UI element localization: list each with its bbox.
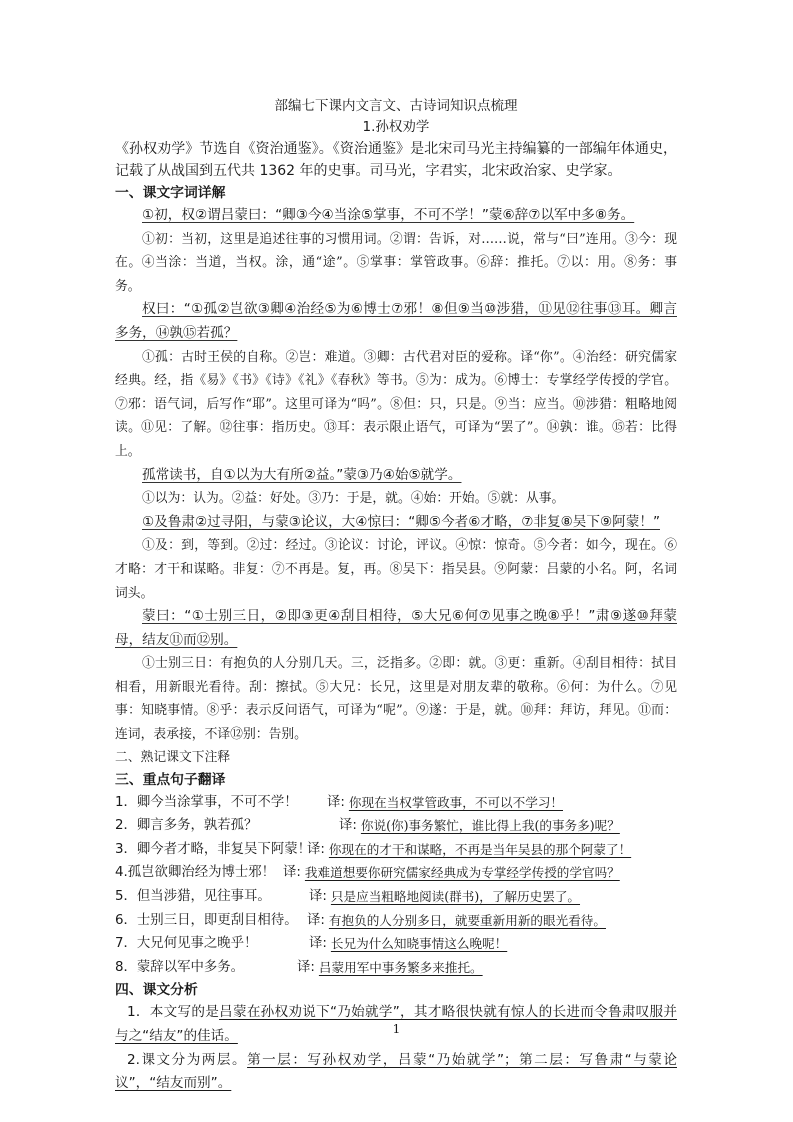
annotation-text: ①士别三日：有抱负的人分别几天。三，泛指多。②即：就。③更：重新。④刮目相待：拭… xyxy=(115,652,677,746)
section-heading-2: 二、熟记课文下注释 xyxy=(115,747,677,769)
source-sentence: 2．卿言多务，孰若孤？ xyxy=(115,814,335,838)
lesson-title: 1.孙权劝学 xyxy=(115,117,677,138)
source-sentence: 3．卿今者才略，非复吴下阿蒙！ xyxy=(115,838,303,862)
word-explanation-block: 孤常读书，自①以为大有所②益。”蒙③乃④始⑤就学。 ①以为：认为。②益：好处。③… xyxy=(115,464,677,511)
translation-answer: 你现在当权掌管政事，不可以不学习！ xyxy=(349,791,563,815)
analysis-prefix: 2.课文分为两层。 xyxy=(127,1052,247,1068)
translation-item: 7．大兄何见事之晚乎！ 译: 长兄为什么知晓事情这么晚呢！ xyxy=(115,932,677,956)
translation-answer: 吕蒙用军中事务繁多来推托。 xyxy=(319,956,483,980)
translation-item: 1．卿今当涂掌事，不可不学！ 译: 你现在当权掌管政事，不可以不学习！ xyxy=(115,791,677,815)
translation-answer: 你说(你)事务繁忙，谁比得上我(的事务多)呢？ xyxy=(361,814,620,838)
translation-item: 4.孤岂欲卿治经为博士邪！ 译: 我难道想要你研究儒家经典成为专掌经学传授的学官… xyxy=(115,861,677,885)
word-explanation-block: ①及鲁肃②过寻阳，与蒙③论议，大④惊曰：“卿⑤今者⑥才略，⑦非复⑧吴下⑨阿蒙！”… xyxy=(115,511,677,605)
annotation-text: ①及：到，等到。②过：经过。③论议：讨论，评议。④惊：惊奇。⑤今者：如今，现在。… xyxy=(115,534,677,605)
translation-label: 译: xyxy=(327,791,345,815)
section-heading-4: 四、课文分析 xyxy=(115,979,677,1001)
original-text: ①初，权②谓吕蒙曰：“卿③今④当涂⑤掌事，不可不学！”蒙⑥辞⑦以军中多⑧务。 xyxy=(115,204,677,228)
translation-answer: 长兄为什么知晓事情这么晚呢！ xyxy=(331,932,507,956)
translation-answer: 我难道想要你研究儒家经典成为专掌经学传授的学官吗？ xyxy=(305,861,620,885)
lesson-intro: 《孙权劝学》节选自《资治通鉴》。《资治通鉴》是北宋司马光主持编纂的一部编年体通史… xyxy=(115,138,677,182)
translation-item: 6．士别三日，即更刮目相待。 译: 有抱负的人分别多日，就要重新用新的眼光看待。 xyxy=(115,909,677,933)
analysis-item: 2.课文分为两层。第一层：写孙权劝学，吕蒙“乃始就学”；第二层：写鲁肃“与蒙论议… xyxy=(115,1049,677,1096)
source-sentence: 5．但当涉猎，见往事耳。 xyxy=(115,885,305,909)
translation-label: 译: xyxy=(283,861,301,885)
translation-label: 译: xyxy=(297,956,315,980)
source-sentence: 4.孤岂欲卿治经为博士邪！ xyxy=(115,861,279,885)
translation-list: 1．卿今当涂掌事，不可不学！ 译: 你现在当权掌管政事，不可以不学习！ 2．卿言… xyxy=(115,791,677,980)
source-sentence: 6．士别三日，即更刮目相待。 xyxy=(115,909,303,933)
annotation-text: ①孤：古时王侯的自称。②岂：难道。③卿：古代君对臣的爱称。译“你”。④治经：研究… xyxy=(115,346,677,464)
original-text: 孤常读书，自①以为大有所②益。”蒙③乃④始⑤就学。 xyxy=(115,464,677,488)
section-heading-1: 一、课文字词详解 xyxy=(115,182,677,204)
original-text: 权曰：“①孤②岂欲③卿④治经⑤为⑥博士⑦邪！⑧但⑨当⑩涉猎，⑪见⑫往事⑬耳。卿言… xyxy=(115,298,677,345)
translation-label: 译: xyxy=(307,838,325,862)
translation-label: 译: xyxy=(309,885,327,909)
document-title: 部编七下课内文言文、古诗词知识点梳理 xyxy=(115,96,677,117)
translation-label: 译: xyxy=(339,814,357,838)
translation-item: 5．但当涉猎，见往事耳。 译: 只是应当粗略地阅读(群书)，了解历史罢了。 xyxy=(115,885,677,909)
annotation-text: ①以为：认为。②益：好处。③乃：于是，就。④始：开始。⑤就：从事。 xyxy=(115,487,677,511)
word-explanation-block: ①初，权②谓吕蒙曰：“卿③今④当涂⑤掌事，不可不学！”蒙⑥辞⑦以军中多⑧务。 ①… xyxy=(115,204,677,298)
original-text: 蒙曰：“①士别三日，②即③更④刮目相待，⑤大兄⑥何⑦见事之晚⑧乎！”肃⑨遂⑩拜蒙… xyxy=(115,605,677,652)
original-text: ①及鲁肃②过寻阳，与蒙③论议，大④惊曰：“卿⑤今者⑥才略，⑦非复⑧吴下⑨阿蒙！” xyxy=(115,511,677,535)
translation-label: 译: xyxy=(309,932,327,956)
page-number: 1 xyxy=(0,1022,793,1036)
translation-answer: 有抱负的人分别多日，就要重新用新的眼光看待。 xyxy=(329,909,606,933)
source-sentence: 7．大兄何见事之晚乎！ xyxy=(115,932,305,956)
translation-label: 译: xyxy=(307,909,325,933)
translation-answer: 你现在的才干和谋略，不再是当年吴县的那个阿蒙了！ xyxy=(329,838,631,862)
source-sentence: 1．卿今当涂掌事，不可不学！ xyxy=(115,791,323,815)
document-page: 部编七下课内文言文、古诗词知识点梳理 1.孙权劝学 《孙权劝学》节选自《资治通鉴… xyxy=(115,96,677,1096)
source-sentence: 8．蒙辞以军中多务。 xyxy=(115,956,293,980)
translation-item: 8．蒙辞以军中多务。 译: 吕蒙用军中事务繁多来推托。 xyxy=(115,956,677,980)
analysis-prefix: 1．本文写的是 xyxy=(127,1004,219,1020)
translation-item: 2．卿言多务，孰若孤？ 译: 你说(你)事务繁忙，谁比得上我(的事务多)呢？ xyxy=(115,814,677,838)
word-explanation-block: 权曰：“①孤②岂欲③卿④治经⑤为⑥博士⑦邪！⑧但⑨当⑩涉猎，⑪见⑫往事⑬耳。卿言… xyxy=(115,298,677,463)
section-heading-3: 三、重点句子翻译 xyxy=(115,769,677,791)
annotation-text: ①初：当初，这里是追述往事的习惯用词。②谓：告诉，对……说，常与“曰”连用。③今… xyxy=(115,228,677,299)
translation-item: 3．卿今者才略，非复吴下阿蒙！ 译: 你现在的才干和谋略，不再是当年吴县的那个阿… xyxy=(115,838,677,862)
word-explanation-block: 蒙曰：“①士别三日，②即③更④刮目相待，⑤大兄⑥何⑦见事之晚⑧乎！”肃⑨遂⑩拜蒙… xyxy=(115,605,677,747)
translation-answer: 只是应当粗略地阅读(群书)，了解历史罢了。 xyxy=(331,885,580,909)
